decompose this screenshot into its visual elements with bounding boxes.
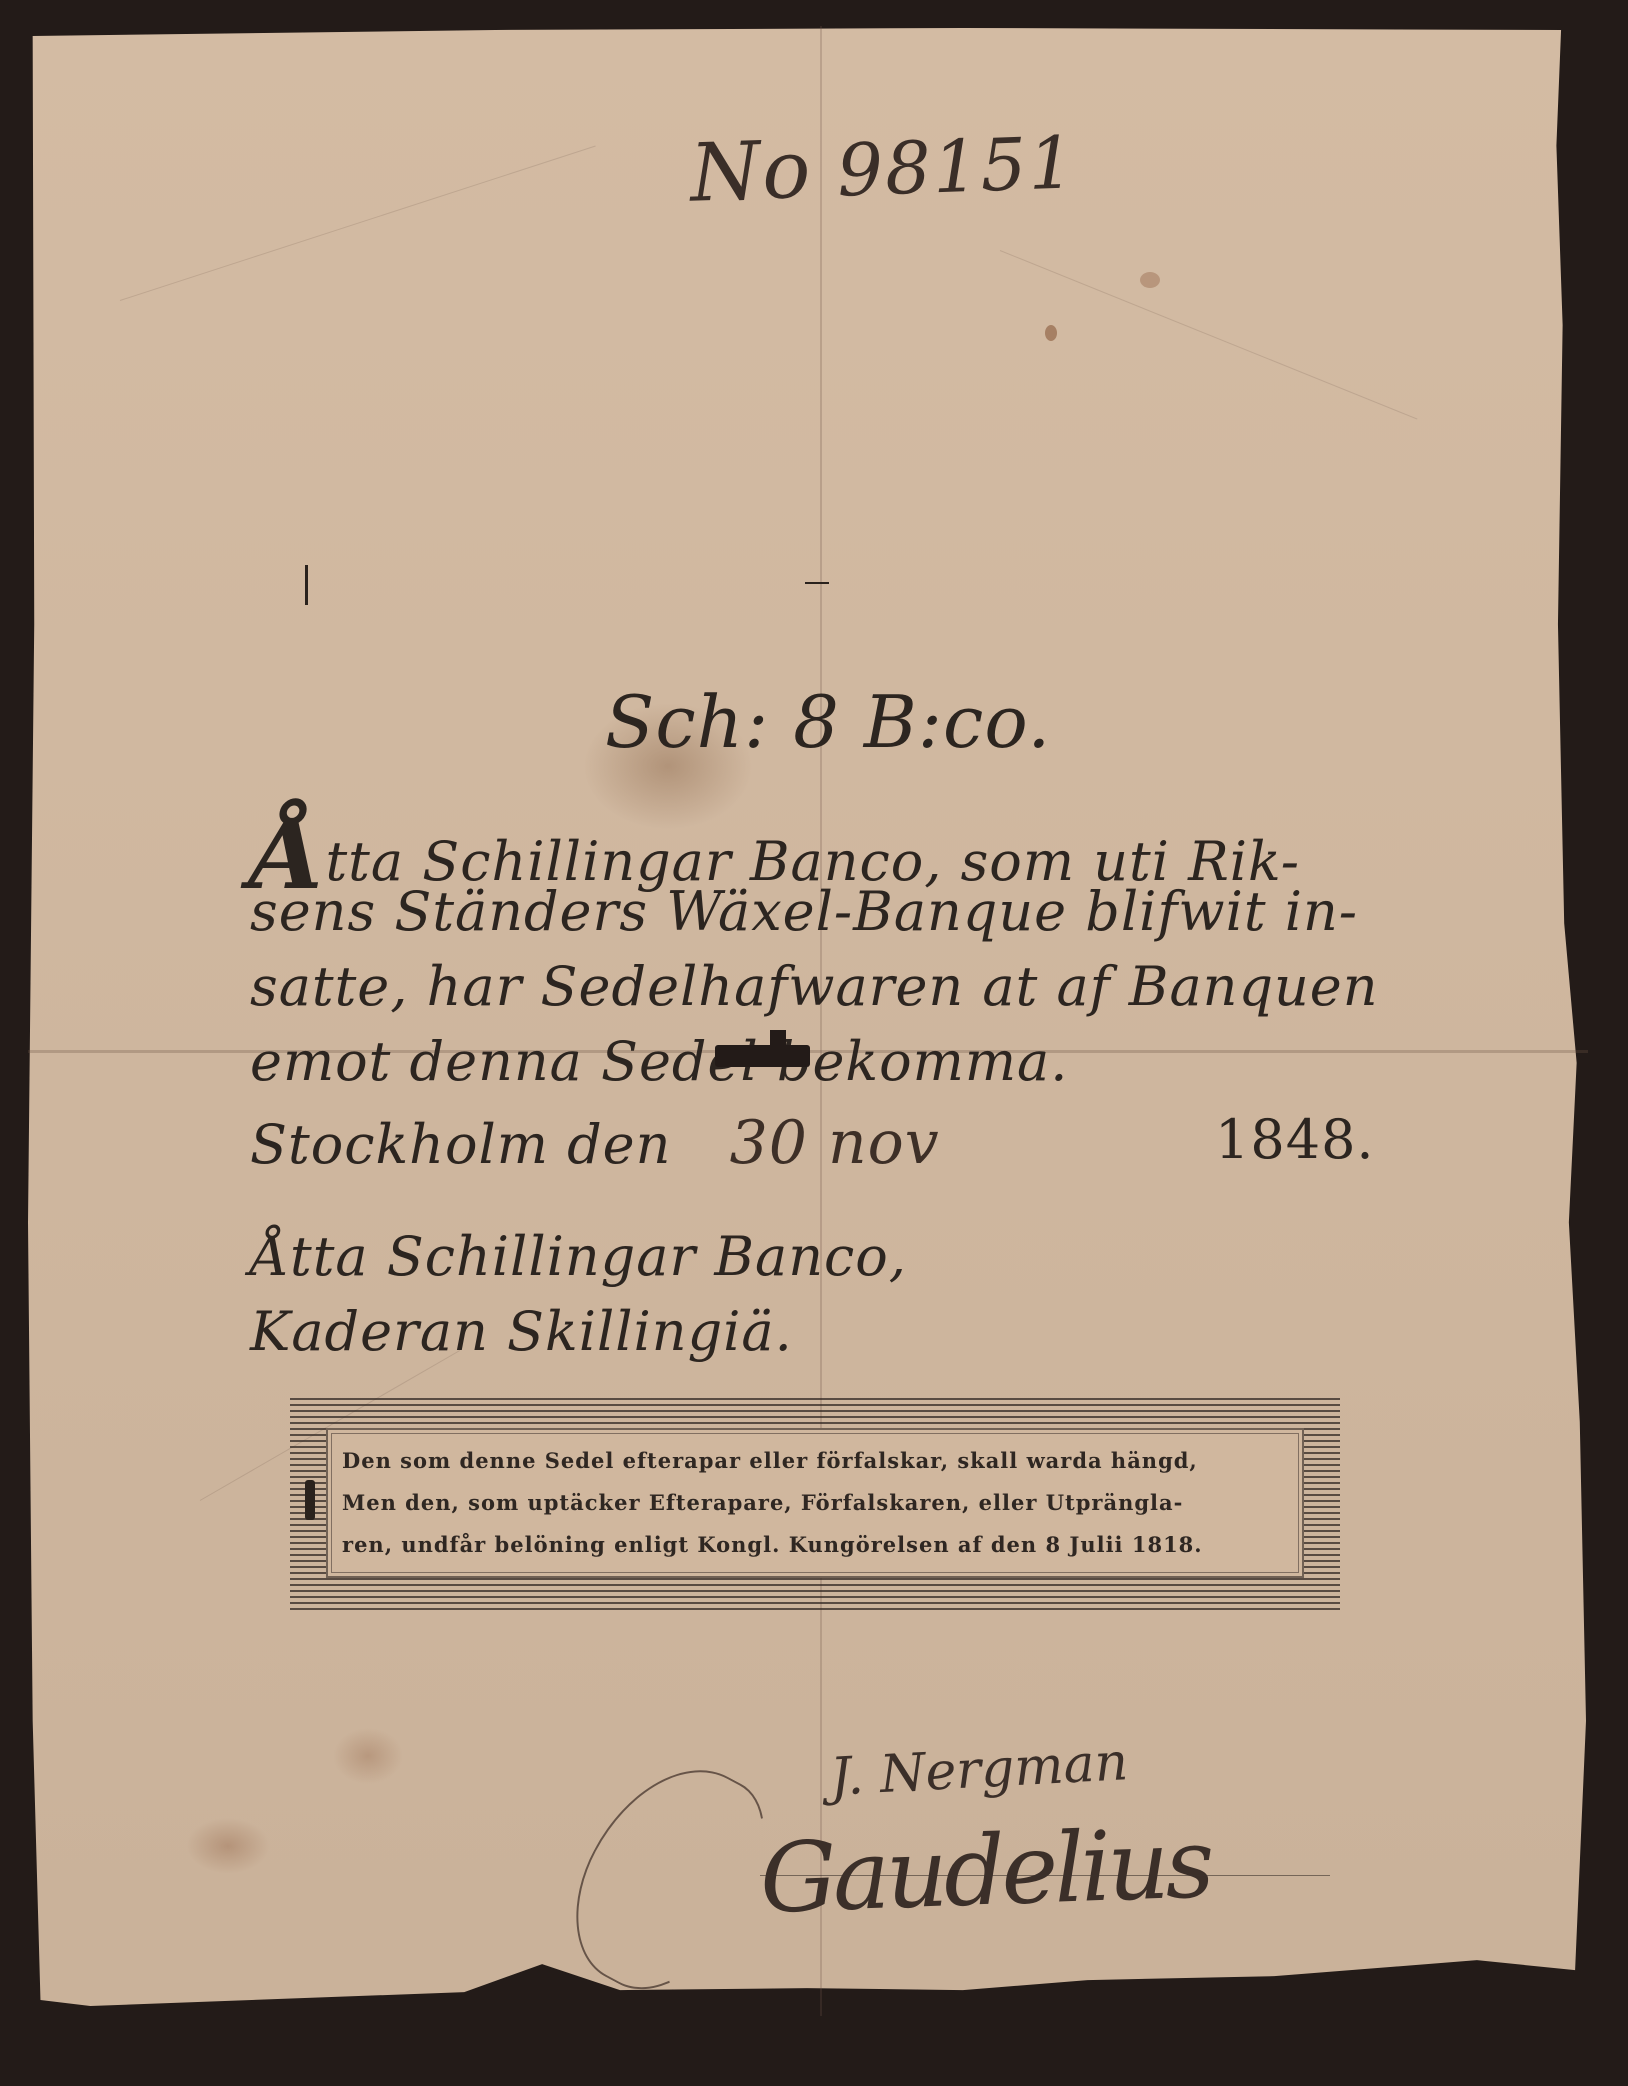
body-line-3: satte, har Sedelhafwaren at af Banquen <box>250 955 1379 1018</box>
registration-mark <box>805 582 829 584</box>
paper-hole <box>715 1045 810 1067</box>
warning-line-2: Men den, som uptäcker Efterapare, Förfal… <box>342 1482 1288 1524</box>
body-line-2: sens Ständers Wäxel-Banque blifwit in- <box>250 880 1358 943</box>
stain-spot <box>1045 325 1057 341</box>
issue-year: 1848. <box>1215 1108 1375 1171</box>
denomination-finnish: Kaderan Skillingiä. <box>250 1300 793 1363</box>
vertical-fold-crease <box>820 26 822 2016</box>
denomination-header: Sch: 8 B:co. <box>605 680 1051 764</box>
warning-line-1: Den som denne Sedel efterapar eller förf… <box>342 1440 1288 1482</box>
serial-value: 98151 <box>836 120 1078 212</box>
place-label: Stockholm den <box>250 1113 671 1176</box>
stain-spot <box>1140 272 1160 288</box>
denomination-swedish: Åtta Schillingar Banco, <box>250 1225 907 1288</box>
warning-line-3: ren, undfår belöning enligt Kongl. Kungö… <box>342 1524 1288 1566</box>
banknote-paper <box>28 26 1586 2020</box>
warning-box: Den som denne Sedel efterapar eller förf… <box>326 1428 1304 1578</box>
handwritten-date: 30 nov <box>730 1108 940 1178</box>
signature-2: Gaudelius <box>758 1807 1212 1935</box>
body-line-4: emot denna Sedel bekomma. <box>250 1030 1068 1093</box>
serial-number: No 98151 <box>688 113 1077 219</box>
serial-prefix: No <box>688 123 813 220</box>
place-date-line: Stockholm den 30 nov 1848. <box>250 1108 980 1178</box>
signature-underline <box>760 1875 1330 1876</box>
paper-hole <box>770 1030 786 1060</box>
ink-blot <box>305 1480 315 1520</box>
registration-mark <box>305 565 308 605</box>
warning-box-border: Den som denne Sedel efterapar eller förf… <box>290 1398 1340 1610</box>
